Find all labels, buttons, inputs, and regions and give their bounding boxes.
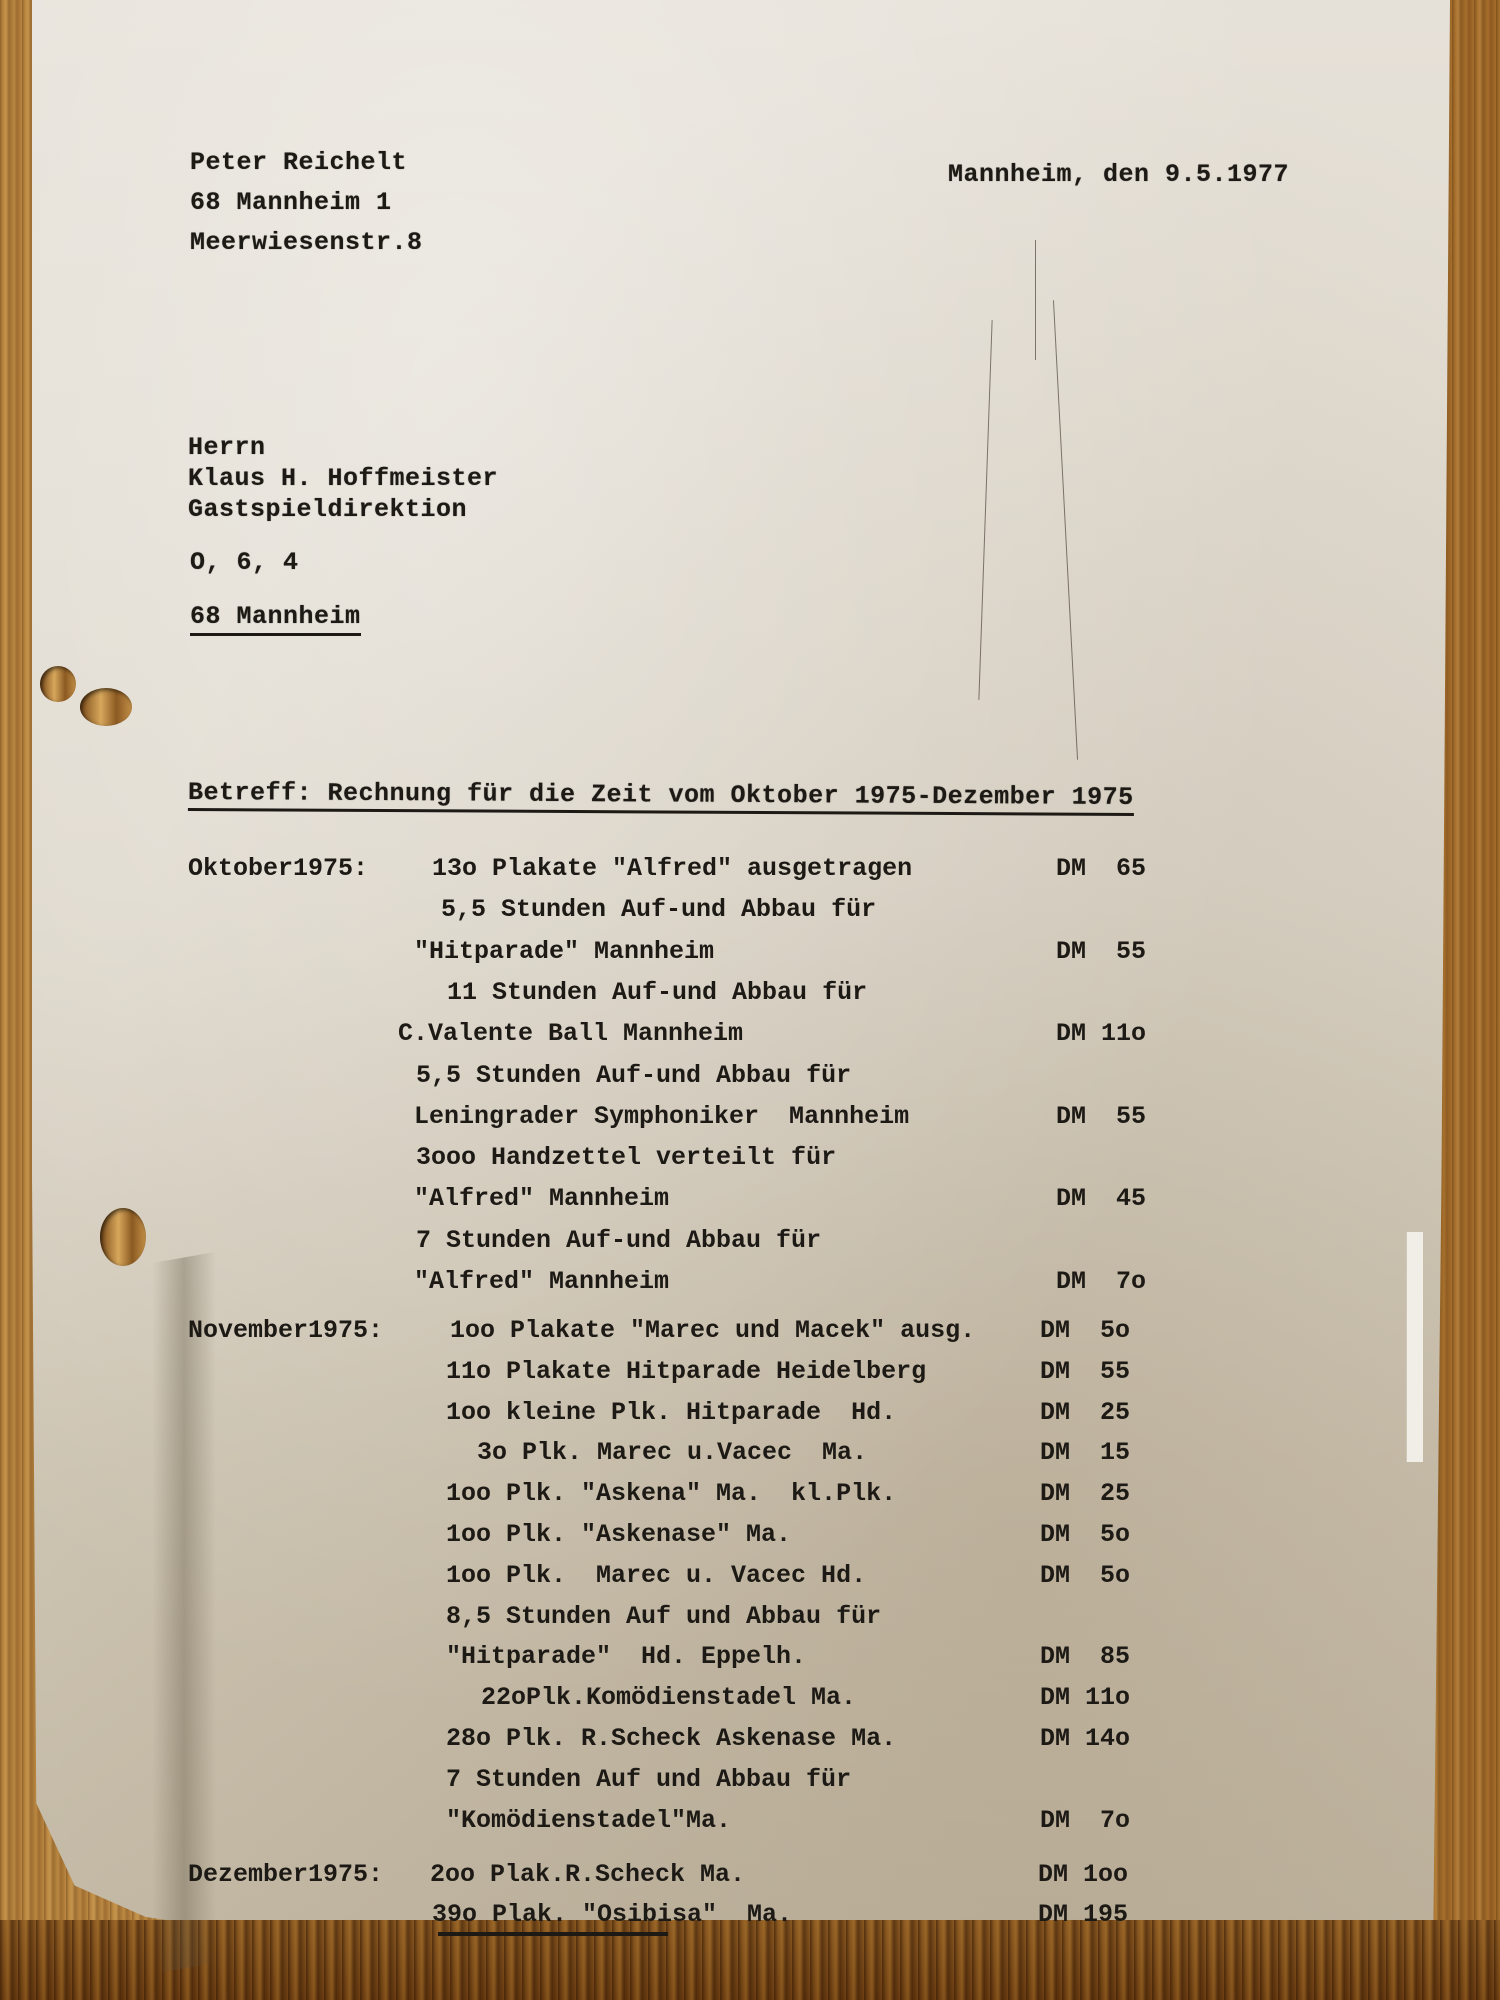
struck-out-line (438, 1932, 668, 1936)
line-item-amount: DM 195 (1038, 1900, 1128, 1929)
punch-hole-icon (100, 1208, 146, 1266)
line-item-description: 7 Stunden Auf-und Abbau für (416, 1226, 821, 1255)
line-item-amount: DM 55 (1056, 1102, 1146, 1131)
line-item-description: 28o Plk. R.Scheck Askenase Ma. (446, 1724, 896, 1753)
line-item-description: 8,5 Stunden Auf und Abbau für (446, 1602, 881, 1631)
line-item-description: "Hitparade" Mannheim (414, 937, 714, 966)
line-item-amount: DM 5o (1040, 1316, 1130, 1345)
line-item-description: 5,5 Stunden Auf-und Abbau für (416, 1061, 851, 1090)
line-item-description: 1oo kleine Plk. Hitparade Hd. (446, 1398, 896, 1427)
line-item-amount: DM 25 (1040, 1398, 1130, 1427)
line-item-description: 2oo Plak.R.Scheck Ma. (430, 1860, 745, 1889)
line-item-amount: DM 45 (1056, 1184, 1146, 1213)
line-item-description: "Alfred" Mannheim (414, 1267, 669, 1296)
line-item-amount: DM 1oo (1038, 1860, 1128, 1889)
line-item-description: 3ooo Handzettel verteilt für (416, 1143, 836, 1172)
line-item-description: 1oo Plk. "Askenase" Ma. (446, 1520, 791, 1549)
line-item-description: C.Valente Ball Mannheim (398, 1019, 743, 1048)
line-item-description: 11 Stunden Auf-und Abbau für (432, 978, 867, 1007)
line-item-description: 3o Plk. Marec u.Vacec Ma. (462, 1438, 867, 1467)
paper-tear (1406, 1232, 1423, 1462)
recipient-street: O, 6, 4 (190, 548, 299, 577)
line-item-amount: DM 55 (1056, 937, 1146, 966)
recipient-company: Gastspieldirektion (188, 494, 498, 525)
pencil-scratch (1035, 240, 1036, 360)
month-label: Dezember1975: (188, 1860, 383, 1889)
line-item-description: 1oo Plakate "Marec und Macek" ausg. (450, 1316, 975, 1345)
line-item-amount: DM 25 (1040, 1479, 1130, 1508)
recipient-salutation: Herrn (188, 432, 498, 463)
line-item-amount: DM 11o (1056, 1019, 1146, 1048)
line-item-description: Leningrader Symphoniker Mannheim (414, 1102, 909, 1131)
line-item-amount: DM 85 (1040, 1642, 1130, 1671)
subject-line: Betreff: Rechnung für die Zeit vom Oktob… (188, 778, 1134, 816)
month-label: November1975: (188, 1316, 383, 1345)
line-item-amount: DM 5o (1040, 1561, 1130, 1590)
line-item-amount: DM 65 (1056, 854, 1146, 883)
line-item-amount: DM 14o (1040, 1724, 1130, 1753)
line-item-amount: DM 5o (1040, 1520, 1130, 1549)
line-item-amount: DM 15 (1040, 1438, 1130, 1467)
line-item-description: 39o Plak. "Osibisa" Ma. (432, 1900, 792, 1929)
month-label: Oktober1975: (188, 854, 368, 883)
line-item-description: "Alfred" Mannheim (414, 1184, 669, 1213)
place-date: Mannheim, den 9.5.1977 (948, 160, 1289, 189)
line-item-description: 22oPlk.Komödienstadel Ma. (466, 1683, 856, 1712)
recipient-city: 68 Mannheim (190, 602, 361, 636)
line-item-amount: DM 7o (1040, 1806, 1130, 1835)
line-item-amount: DM 11o (1040, 1683, 1130, 1712)
sender-address: Peter Reichelt68 Mannheim 1Meerwiesenstr… (190, 143, 423, 263)
sender-city: 68 Mannheim 1 (190, 183, 423, 223)
line-item-amount: DM 55 (1040, 1357, 1130, 1386)
line-item-description: "Komödienstadel"Ma. (446, 1806, 731, 1835)
sender-name: Peter Reichelt (190, 143, 423, 183)
recipient-name: Klaus H. Hoffmeister (188, 463, 498, 494)
line-item-description: 13o Plakate "Alfred" ausgetragen (432, 854, 912, 883)
punch-hole-icon (80, 688, 132, 726)
line-item-description: 1oo Plk. "Askena" Ma. kl.Plk. (446, 1479, 896, 1508)
recipient-address: HerrnKlaus H. HoffmeisterGastspieldirekt… (188, 432, 498, 525)
punch-hole-icon (40, 666, 76, 702)
line-item-amount: DM 7o (1056, 1267, 1146, 1296)
sender-street: Meerwiesenstr.8 (190, 223, 423, 263)
line-item-description: 1oo Plk. Marec u. Vacec Hd. (446, 1561, 866, 1590)
line-item-description: 11o Plakate Hitparade Heidelberg (446, 1357, 926, 1386)
line-item-description: 5,5 Stunden Auf-und Abbau für (426, 895, 876, 924)
line-item-description: "Hitparade" Hd. Eppelh. (446, 1642, 806, 1671)
line-item-description: 7 Stunden Auf und Abbau für (446, 1765, 851, 1794)
